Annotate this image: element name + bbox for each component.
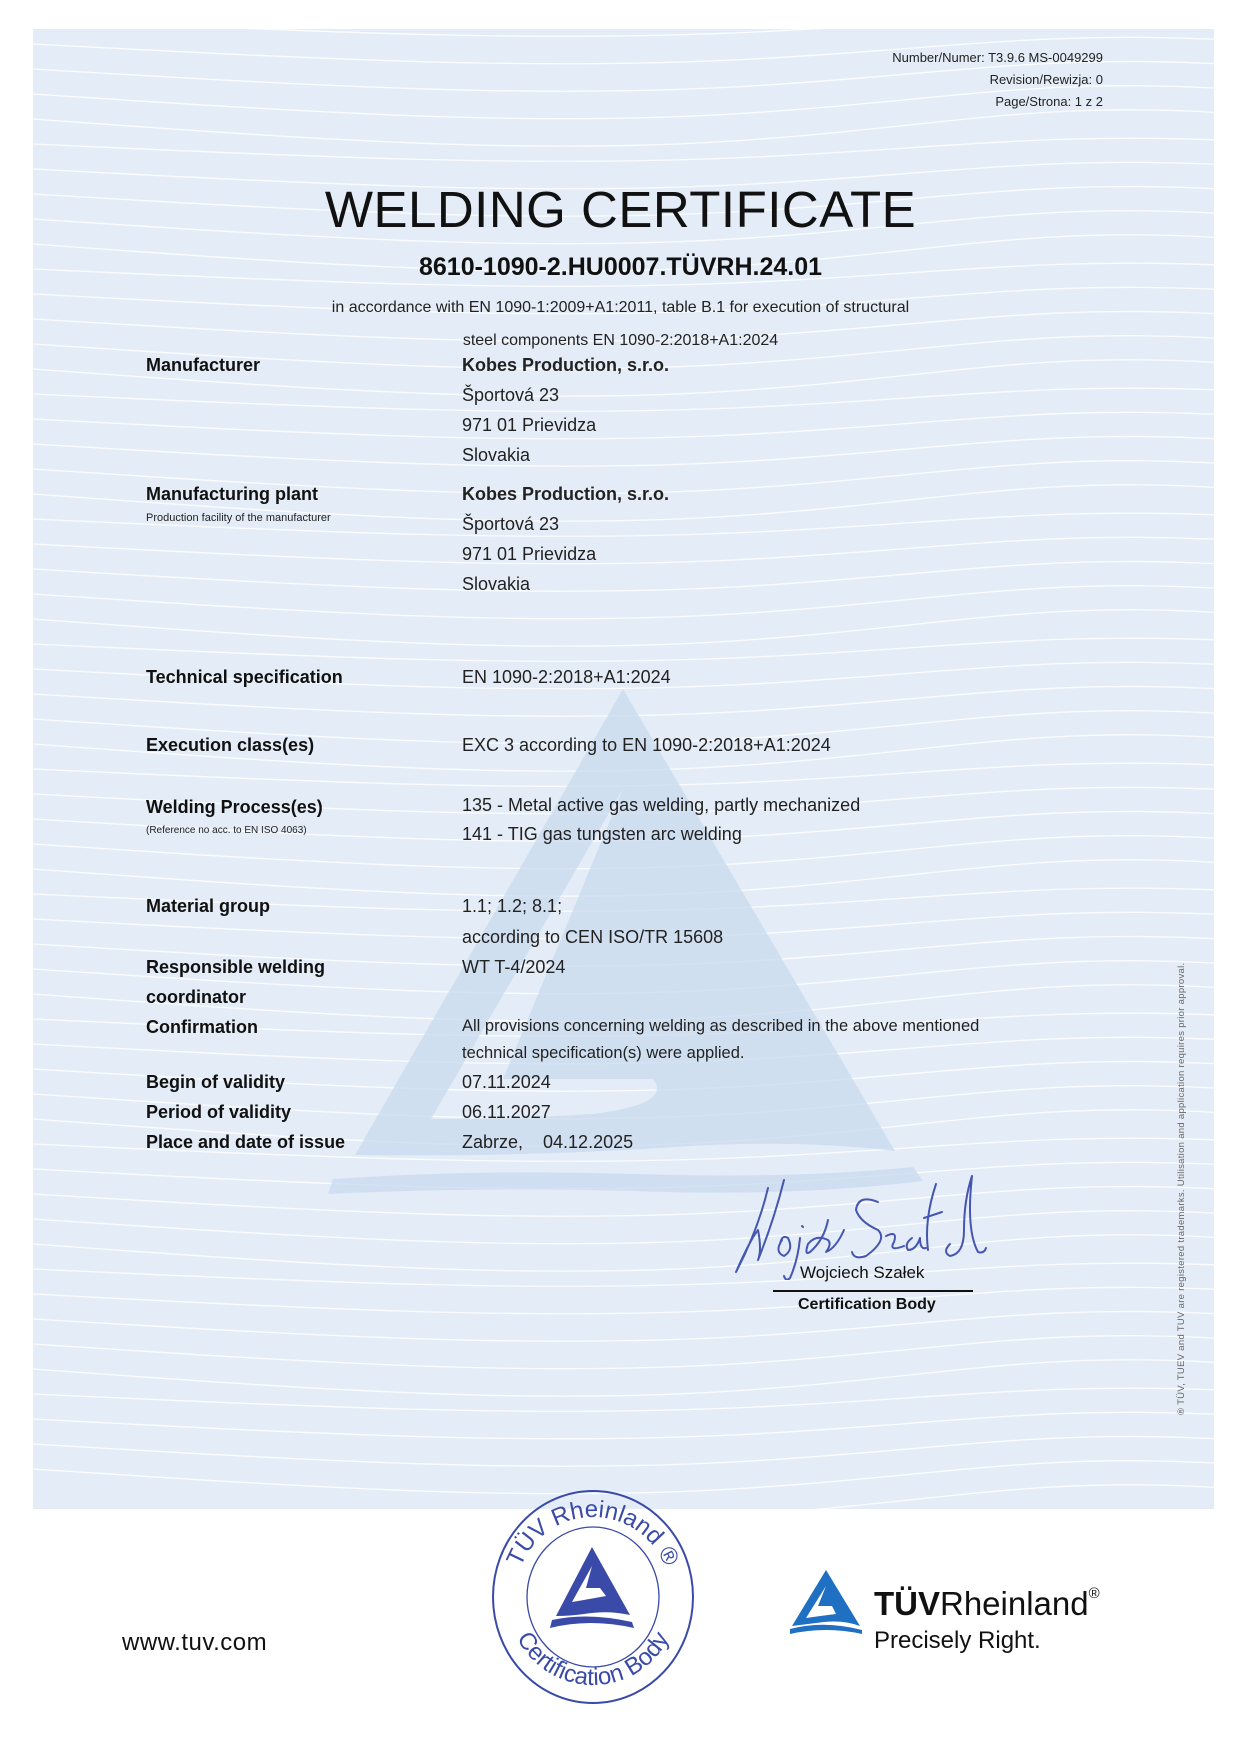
issue-value: Zabrze, 04.12.2025 [462,1132,633,1153]
brand-name-bold: TÜV [874,1585,940,1622]
confirmation-line-2: technical specification(s) were applied. [462,1044,744,1063]
material-group-value-2: according to CEN ISO/TR 15608 [462,927,723,948]
technical-spec-label: Technical specification [146,667,343,688]
subtitle-line-1: in accordance with EN 1090-1:2009+A1:201… [0,291,1241,324]
document-number: Number/Numer: T3.9.6 MS-0049299 [892,47,1103,69]
tuv-watermark-icon [33,29,1214,1509]
certificate-subtitle: in accordance with EN 1090-1:2009+A1:201… [0,291,1241,357]
certificate-title: WELDING CERTIFICATE [0,180,1241,239]
seal-bottom-text: Certification Body [511,1627,674,1691]
signatory-name: Wojciech Szałek [800,1263,924,1283]
manufacturer-name: Kobes Production, s.r.o. [462,355,669,376]
execution-class-label: Execution class(es) [146,735,314,756]
signatory-role: Certification Body [798,1296,936,1314]
signature-line [773,1290,973,1292]
brand-name-regular: Rheinland [940,1585,1089,1622]
certification-seal: TÜV Rheinland ® Certification Body [488,1482,698,1707]
manufacturer-country: Slovakia [462,445,530,466]
begin-validity-value: 07.11.2024 [462,1072,551,1093]
website-link[interactable]: www.tuv.com [122,1629,267,1657]
welding-process-2: 141 - TIG gas tungsten arc welding [462,824,742,845]
period-validity-value: 06.11.2027 [462,1102,551,1123]
begin-validity-label: Begin of validity [146,1072,285,1093]
tuv-logo-icon [790,1568,862,1634]
plant-city: 971 01 Prievidza [462,544,596,565]
welding-process-label: Welding Process(es) [146,797,323,818]
signature-icon [728,1160,988,1280]
confirmation-line-1: All provisions concerning welding as des… [462,1017,979,1036]
plant-label: Manufacturing plant [146,484,318,505]
document-page: Page/Strona: 1 z 2 [892,91,1103,113]
coordinator-label-2: coordinator [146,987,246,1008]
manufacturer-street: Športová 23 [462,385,559,406]
period-validity-label: Period of validity [146,1102,291,1123]
issue-label: Place and date of issue [146,1132,345,1153]
welding-process-1: 135 - Metal active gas welding, partly m… [462,795,860,816]
manufacturer-city: 971 01 Prievidza [462,415,596,436]
plant-name: Kobes Production, s.r.o. [462,484,669,505]
welding-process-sublabel: (Reference no acc. to EN ISO 4063) [146,825,307,836]
execution-class-value: EXC 3 according to EN 1090-2:2018+A1:202… [462,735,831,756]
plant-country: Slovakia [462,574,530,595]
subtitle-line-2: steel components EN 1090-2:2018+A1:2024 [0,324,1241,357]
confirmation-label: Confirmation [146,1017,258,1038]
plant-sublabel: Production facility of the manufacturer [146,512,331,524]
certificate-number: 8610-1090-2.HU0007.TÜVRH.24.01 [0,253,1241,282]
technical-spec-value: EN 1090-2:2018+A1:2024 [462,667,671,688]
material-group-label: Material group [146,896,270,917]
coordinator-label-1: Responsible welding [146,957,325,978]
background-panel [33,29,1214,1509]
plant-street: Športová 23 [462,514,559,535]
tuv-triangle-icon [550,1547,634,1628]
brand-tagline: Precisely Right. [874,1627,1041,1655]
coordinator-value: WT T-4/2024 [462,957,565,978]
registered-mark: ® [1089,1585,1100,1602]
document-meta: Number/Numer: T3.9.6 MS-0049299 Revision… [892,47,1103,113]
brand-name: TÜVRheinland® [874,1585,1100,1623]
document-revision: Revision/Rewizja: 0 [892,69,1103,91]
manufacturer-label: Manufacturer [146,355,260,376]
material-group-value-1: 1.1; 1.2; 8.1; [462,896,562,917]
trademark-note: ® TÜV, TUEV and TUV are registered trade… [1176,963,1187,1415]
